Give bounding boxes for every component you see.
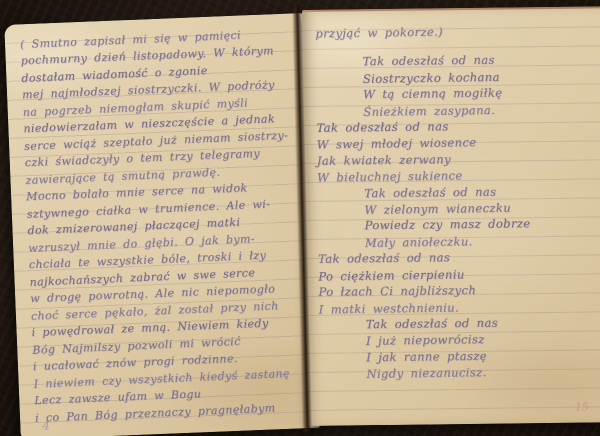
right-page: przyjąć w pokorze.)Tak odeszłaś od nasSi…	[302, 6, 600, 426]
handwritten-line: Nigdy niezanucisz.	[366, 362, 600, 382]
right-page-text: przyjąć w pokorze.)Tak odeszłaś od nasSi…	[315, 21, 600, 382]
handwritten-line: Śnieżkiem zasypana.	[363, 100, 600, 120]
left-page: ( Smutno zapisał mi się w pamięcipochmur…	[4, 13, 319, 436]
page-number: 15	[575, 401, 589, 414]
left-page-text: ( Smutno zapisał mi się w pamięcipochmur…	[20, 24, 317, 426]
pencil-corner-mark: 4	[42, 418, 50, 432]
handwritten-line: Siostrzyczko kochana	[363, 67, 600, 87]
handwritten-line: przyjąć w pokorze.)	[315, 21, 600, 42]
notebook-photo: ( Smutno zapisał mi się w pamięcipochmur…	[0, 0, 600, 436]
handwritten-line: I matki westchnieniu.	[319, 297, 600, 318]
handwritten-line: Mały aniołeczku.	[365, 231, 600, 251]
